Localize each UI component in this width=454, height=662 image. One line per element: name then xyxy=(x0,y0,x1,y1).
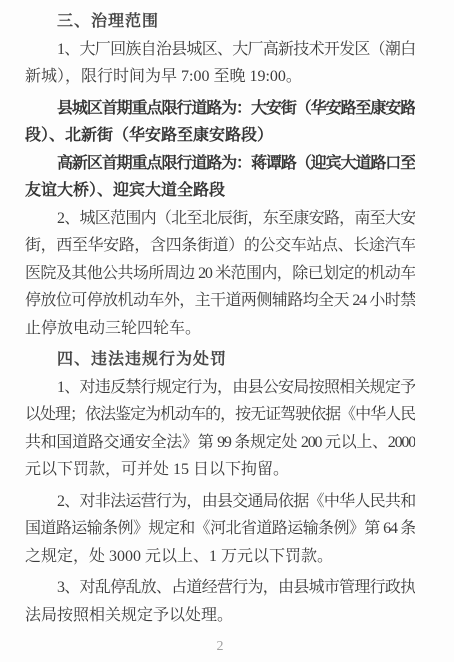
page-number: 2 xyxy=(25,637,415,657)
text-line: 法局按照相关规定予以处理。 xyxy=(25,602,415,630)
text-line: 停放位可停放机动车外，主干道两侧辅路均全天 24 小时禁 xyxy=(25,287,415,315)
text-line: 1、对违反禁行规定行为，由县公安局按照相关规定予 xyxy=(25,374,415,402)
text-line: 国道路运输条例》规定和《河北省道路运输条例》第 64 条 xyxy=(25,515,415,543)
text-line: 止停放电动三轮四轮车。 xyxy=(25,315,415,343)
text-line: 3、对乱停乱放、占道经营行为，由县城市管理行政执 xyxy=(25,574,415,602)
document-text-block: 三、治理范围 1、大厂回族自治县城区、大厂高新技术开发区（潮白 新城），限行时间… xyxy=(25,8,415,657)
text-line: 以处理；依法鉴定为机动车的，按无证驾驶依据《中华人民 xyxy=(25,401,415,429)
text-line-emphasized: 段）、北新街（华安路至康安路段） xyxy=(25,122,415,150)
text-line-emphasized: 友谊大桥）、迎宾大道全路段 xyxy=(25,177,415,205)
text-line: 新城），限行时间为早 7:00 至晚 19:00。 xyxy=(25,63,415,91)
text-line-emphasized: 县城区首期重点限行道路为：大安街（华安路至康安路 xyxy=(25,95,415,123)
text-line: 2、城区范围内（北至北辰街，东至康安路，南至大安 xyxy=(25,205,415,233)
text-line: 2、对非法运营行为，由县交通局依据《中华人民共和 xyxy=(25,488,415,516)
section-heading-penalties: 四、违法违规行为处罚 xyxy=(25,346,415,374)
text-line: 街，西至华安路，含四条街道）的公交车站点、长途汽车站、 xyxy=(25,232,415,260)
text-line: 1、大厂回族自治县城区、大厂高新技术开发区（潮白 xyxy=(25,36,415,64)
text-line: 医院及其他公共场所周边 20 米范围内，除已划定的机动车 xyxy=(25,260,415,288)
text-line: 元以下罚款，可并处 15 日以下拘留。 xyxy=(25,456,415,484)
text-line-emphasized: 高新区首期重点限行道路为：蒋谭路（迎宾大道路口至 xyxy=(25,150,415,178)
section-heading-governance-scope: 三、治理范围 xyxy=(25,8,415,36)
text-line: 共和国道路交通安全法》第 99 条规定处 200 元以上、2000 xyxy=(25,429,415,457)
text-line: 之规定，处 3000 元以上、1 万元以下罚款。 xyxy=(25,543,415,571)
document-page: 三、治理范围 1、大厂回族自治县城区、大厂高新技术开发区（潮白 新城），限行时间… xyxy=(0,0,454,662)
